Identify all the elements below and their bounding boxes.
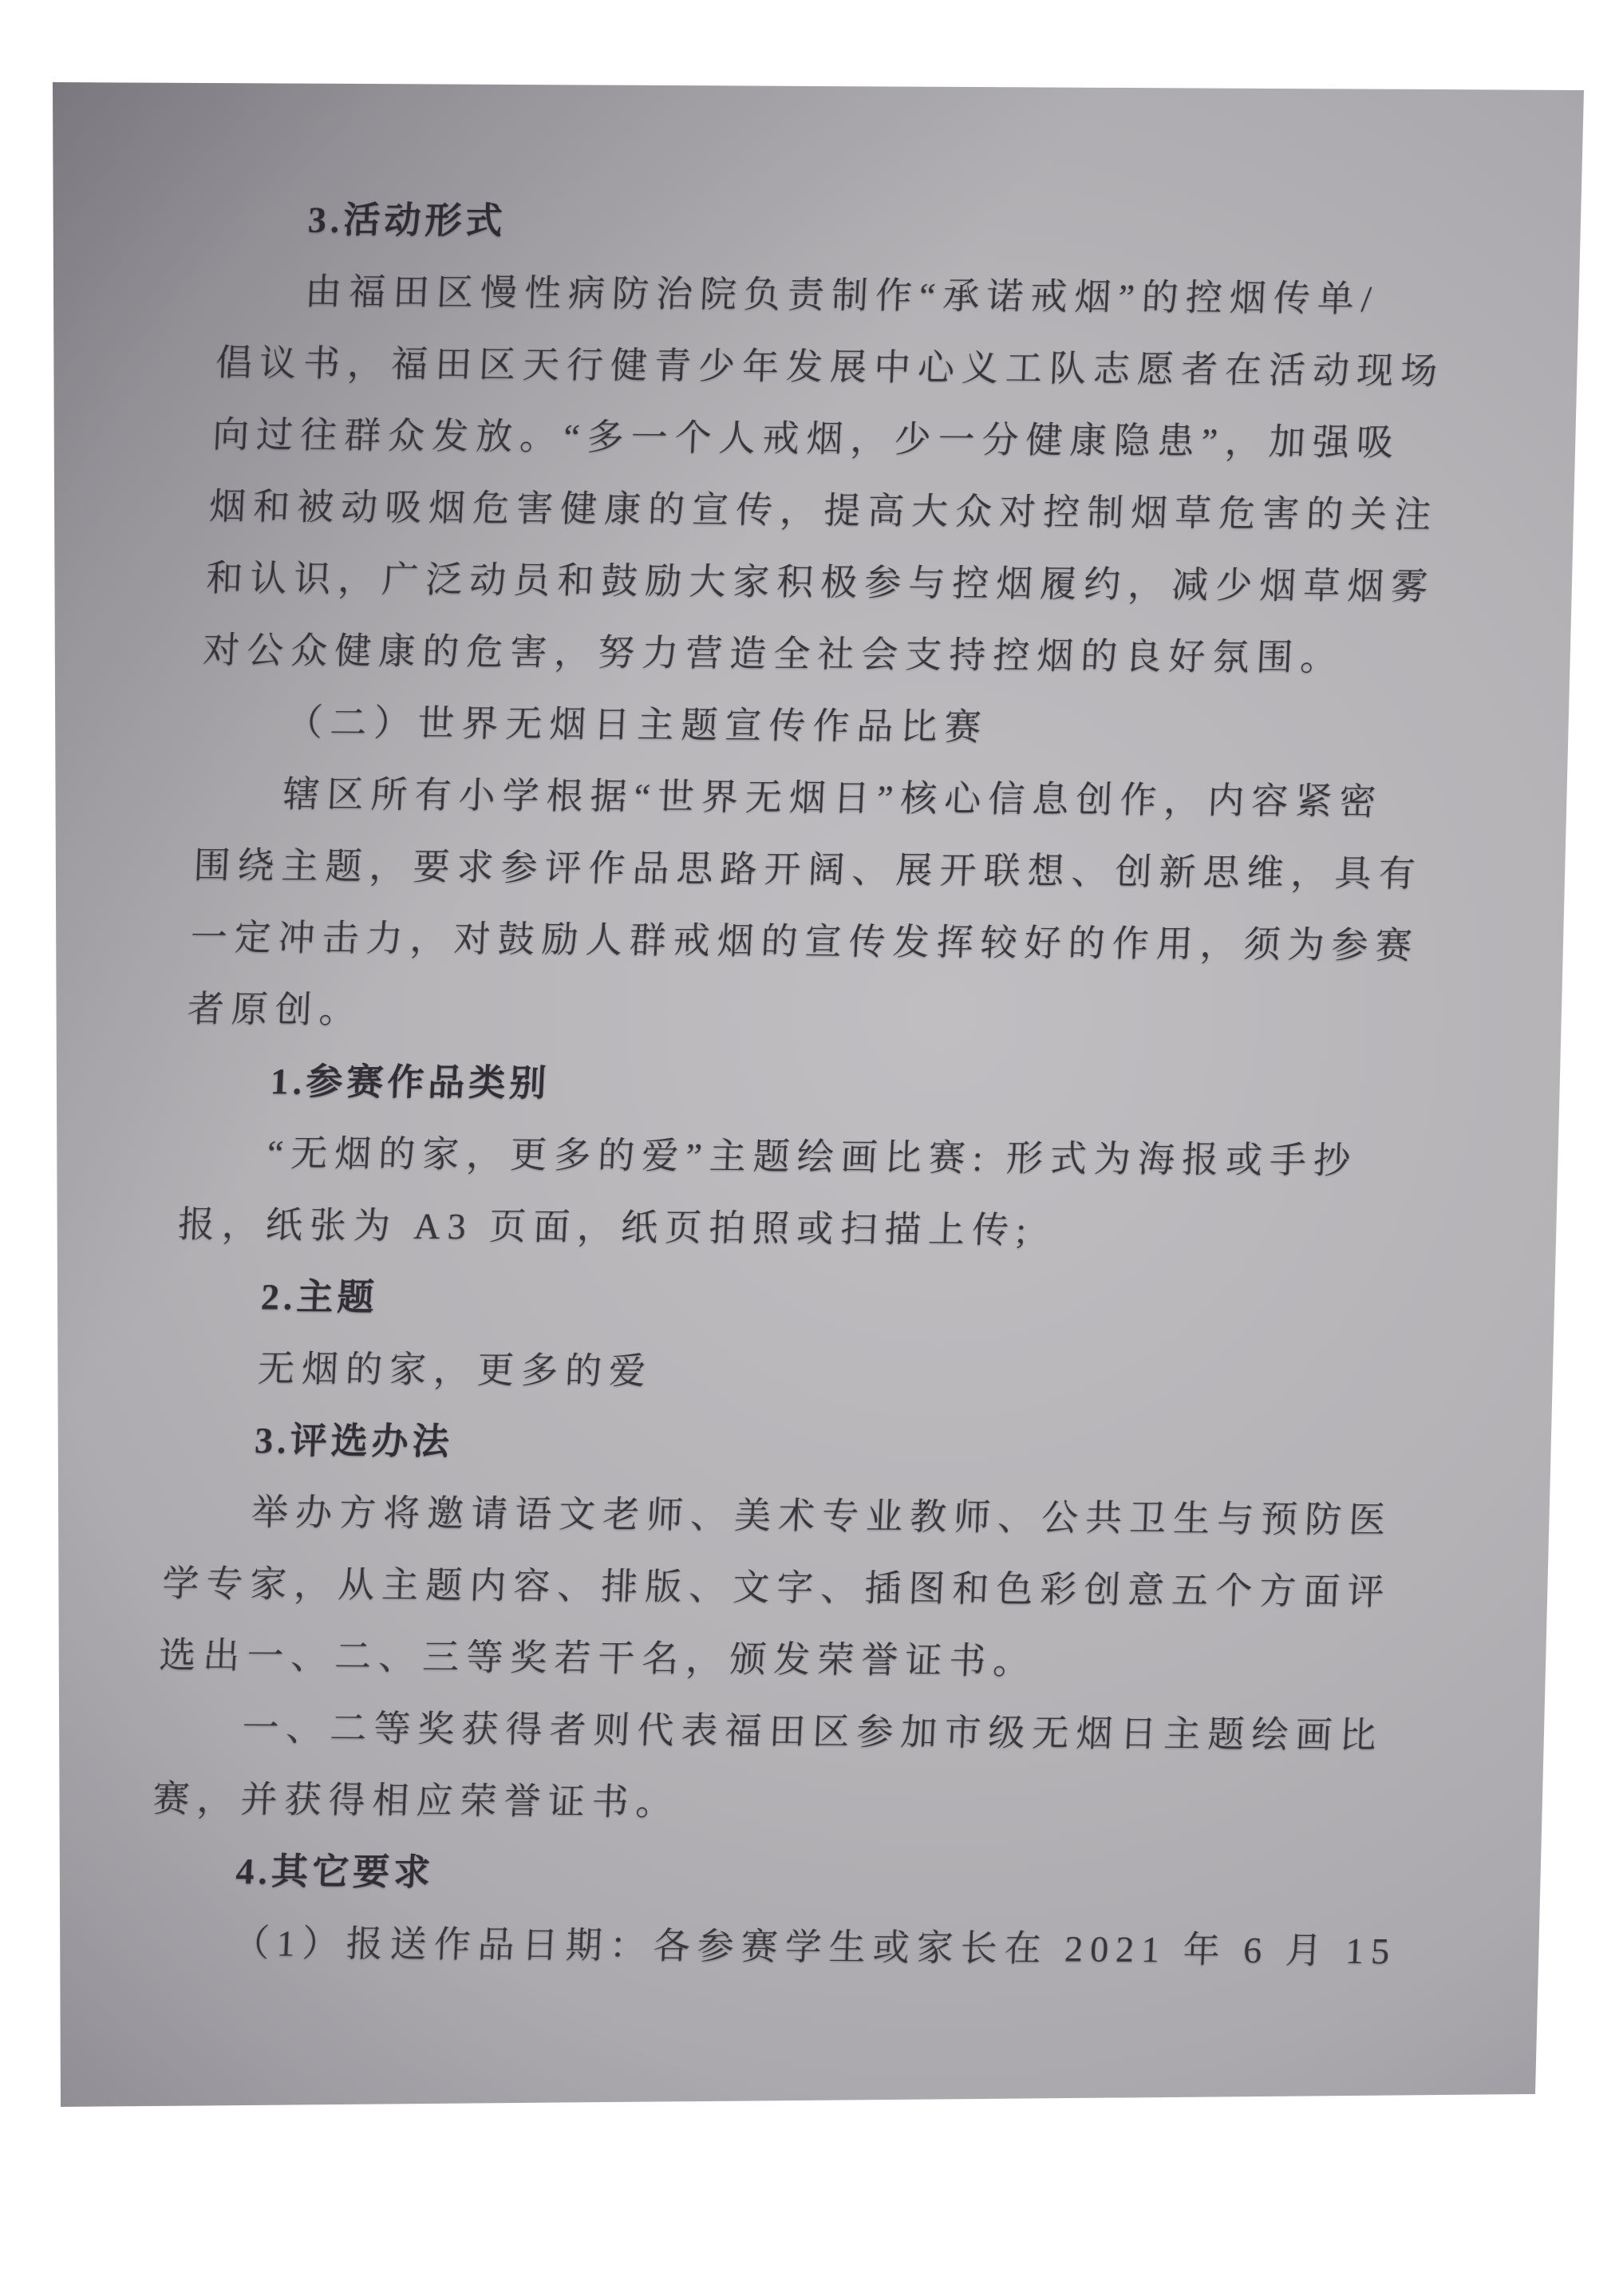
text-line: 者原创。 [186,974,1498,1054]
text-line: 一定冲击力，对鼓励人群戒烟的宣传发挥较好的作用，须为参赛 [189,902,1501,982]
section-heading: 3.活动形式 [220,184,1532,264]
text-line: 报，纸张为 A3 页面，纸页拍照或扫描上传; [176,1189,1488,1270]
text-line: “无烟的家，更多的爱”主题绘画比赛: 形式为海报或手抄 [180,1117,1491,1198]
text-line: 无烟的家，更多的爱 [170,1333,1482,1413]
text-line: 学专家，从主题内容、排版、文字、插图和色彩创意五个方面评 [160,1548,1472,1629]
text-line: （1）报送作品日期：各参赛学生或家长在 2021 年 6 月 15 [145,1907,1457,1987]
text-line: 和认识，广泛动员和鼓励大家积极参与控烟履约，减少烟草烟雾 [204,543,1516,623]
text-line: 举办方将邀请语文老师、美术专业教师、公共卫生与预防医 [164,1476,1475,1557]
text-line: 烟和被动吸烟危害健康的宣传，提高大众对控制烟草危害的关注 [207,471,1519,551]
document-photo: 3.活动形式由福田区慢性病防治院负责制作“承诺戒烟”的控烟传单/倡议书，福田区天… [53,82,1584,2107]
section-heading: 3.评选办法 [167,1405,1479,1485]
section-heading: 1.参赛作品类别 [183,1045,1495,1126]
section-heading: 2.主题 [173,1261,1485,1342]
text-line: 围绕主题，要求参评作品思路开阔、展开联想、创新思维，具有 [192,830,1504,911]
text-line: 一、二等奖获得者则代表福田区参加市级无烟日主题绘画比 [155,1691,1467,1772]
section-heading: 4.其它要求 [148,1835,1460,1915]
text-line: 辖区所有小学根据“世界无烟日”核心信息创作，内容紧密 [195,758,1507,839]
text-line: 倡议书，福田区天行健青少年发展中心义工队志愿者在活动现场 [214,327,1526,408]
text-line: 向过往群众发放。“多一个人戒烟，少一分健康隐患”，加强吸 [211,399,1522,480]
text-line: 由福田区慢性病防治院负责制作“承诺戒烟”的控烟传单/ [217,255,1529,336]
document-text: 3.活动形式由福田区慢性病防治院负责制作“承诺戒烟”的控烟传单/倡议书，福田区天… [145,184,1532,1988]
text-line: 赛，并获得相应荣誉证书。 [152,1763,1463,1844]
text-line: （二）世界无烟日主题宣传作品比赛 [199,686,1510,767]
text-line: 对公众健康的危害，努力营造全社会支持控烟的良好氛围。 [202,615,1514,695]
text-line: 选出一、二、三等奖若干名，颁发荣誉证书。 [158,1619,1470,1700]
